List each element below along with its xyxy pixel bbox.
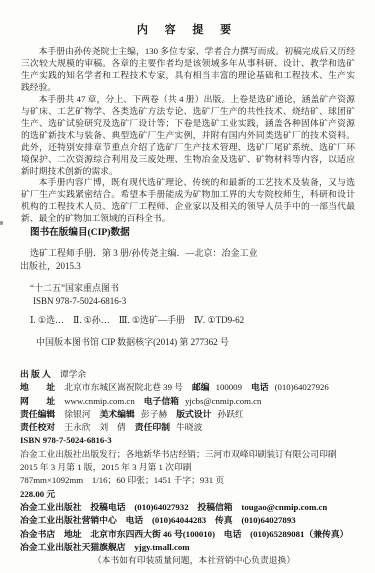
cip-heading: 图书在版编目(CIP)数据 xyxy=(30,226,360,239)
cip-registry-number: 中国版本图书馆 CIP 数据核字(2014) 第 277362 号 xyxy=(36,336,360,349)
address-row: 地 址北京市东城区嵩祝院北巷 39 号邮编100009电话(010)640279… xyxy=(20,381,368,394)
summary-paragraph: 本手册由孙传尧院士主编，130 多位专家、学者合力撰写而成。初稿完成后又历经三次… xyxy=(21,46,355,94)
proofreader-label: 责任校对 xyxy=(20,422,55,432)
art-editor-label: 美术编辑 xyxy=(100,409,135,419)
bookstore-row: 冶金书店 地址 北京市东四西大街 46 号(100010) 电话 (010)65… xyxy=(20,528,368,541)
website-value: www.cnmip.com.cn xyxy=(64,396,135,406)
summary-paragraph: 本手册内容广博，既有现代选矿理论、传统的和最新的工艺技术及装备，又与选矿厂生产实… xyxy=(21,177,355,225)
publisher-name: 谭学余 xyxy=(60,369,86,379)
editors-row: 责任编辑徐银河美术编辑彭子赫版式设计孙跃红 xyxy=(20,408,368,421)
cip-block: 图书在版编目(CIP)数据 选矿工程师手册．第 3 册/孙传尧主编．—北京：冶金… xyxy=(20,226,360,349)
distribution-row: 冶金工业出版社出版发行；各地新华书店经销；三河市双峰印刷装订有限公司印刷 xyxy=(20,448,368,461)
tmall-row: 冶金工业出版社天猫旗舰店 yjgy.tmall.com xyxy=(20,541,368,554)
submission-row: 冶金工业出版社 投稿电话 (010)64027932 投稿信箱 tougao@c… xyxy=(20,501,368,514)
email-label: 电子信箱 xyxy=(144,396,179,406)
layout-designer-label: 版式设计 xyxy=(176,409,211,419)
cip-title-line: 出版社，2015.3 xyxy=(20,260,360,273)
postcode-value: 100009 xyxy=(216,382,242,392)
email-value: yjcbs@cnmip.com.cn xyxy=(185,396,262,406)
format-row: 787mm×1092mm 1/16；60 印张；1451 千字；931 页 xyxy=(20,474,368,487)
phone-label: 电话 xyxy=(251,382,269,392)
layout-designer-name: 孙跃红 xyxy=(217,409,243,419)
proofreaders-row: 责任校对王永欣 刘 倩责任印制牛晓波 xyxy=(20,421,368,434)
address-value: 北京市东城区嵩祝院北巷 39 号 xyxy=(64,382,183,392)
cip-title-line: 选矿工程师手册．第 3 册/孙传尧主编．—北京：冶金工业 xyxy=(30,247,360,260)
isbn-row: ISBN 978-7-5024-6816-3 xyxy=(20,434,368,447)
summary-paragraph: 本手册共 47 章，分上、下两卷（共 4 册）出版。上卷是选矿通论，涵盖矿产资源… xyxy=(21,94,355,178)
cip-classification: Ⅰ. ①选… Ⅱ. ①孙… Ⅲ. ①选矿—手册 Ⅳ. ①TD9-62 xyxy=(30,314,360,327)
summary-title: 内 容 提 要 xyxy=(0,21,375,37)
scan-artifact xyxy=(0,221,3,225)
print-supervisor-label: 责任印制 xyxy=(135,422,170,432)
price-row: 228.00 元 xyxy=(20,488,368,501)
colophon-block: 出 版 人谭学余 地 址北京市东城区嵩祝院北巷 39 号邮编100009电话(0… xyxy=(20,368,368,567)
publisher-row: 出 版 人谭学余 xyxy=(20,368,368,381)
art-editor-name: 彭子赫 xyxy=(141,409,167,419)
cip-isbn: ISBN 978-7-5024-6816-3 xyxy=(33,295,360,308)
postcode-label: 邮编 xyxy=(192,382,210,392)
proofreader-names: 王永欣 刘 倩 xyxy=(64,422,126,432)
print-supervisor-name: 牛晓波 xyxy=(176,422,202,432)
website-row: 网 址www.cnmip.com.cn电子信箱yjcbs@cnmip.com.c… xyxy=(20,395,368,408)
editor-label: 责任编辑 xyxy=(20,409,55,419)
phone-value: (010)64027926 xyxy=(275,382,329,392)
summary-paragraphs: 本手册由孙传尧院士主编，130 多位专家、学者合力撰写而成。初稿完成后又历经三次… xyxy=(21,46,355,225)
cip-series-note: “十二五”国家重点图书 xyxy=(30,282,360,295)
publisher-label: 出 版 人 xyxy=(20,369,51,379)
quality-note: （本书如有印装质量问题，本社营销中心负责退换） xyxy=(20,554,368,567)
website-label: 网 址 xyxy=(20,396,55,406)
address-label: 地 址 xyxy=(20,382,55,392)
edition-row: 2015 年 3 月第 1 版，2015 年 3 月第 1 次印刷 xyxy=(20,461,368,474)
editor-name: 徐银河 xyxy=(64,409,90,419)
marketing-row: 冶金工业出版社营销中心 电话 (010)64044283 传真 (010)640… xyxy=(20,514,368,527)
book-copyright-page: 内 容 提 要 本手册由孙传尧院士主编，130 多位专家、学者合力撰写而成。初稿… xyxy=(0,0,375,573)
